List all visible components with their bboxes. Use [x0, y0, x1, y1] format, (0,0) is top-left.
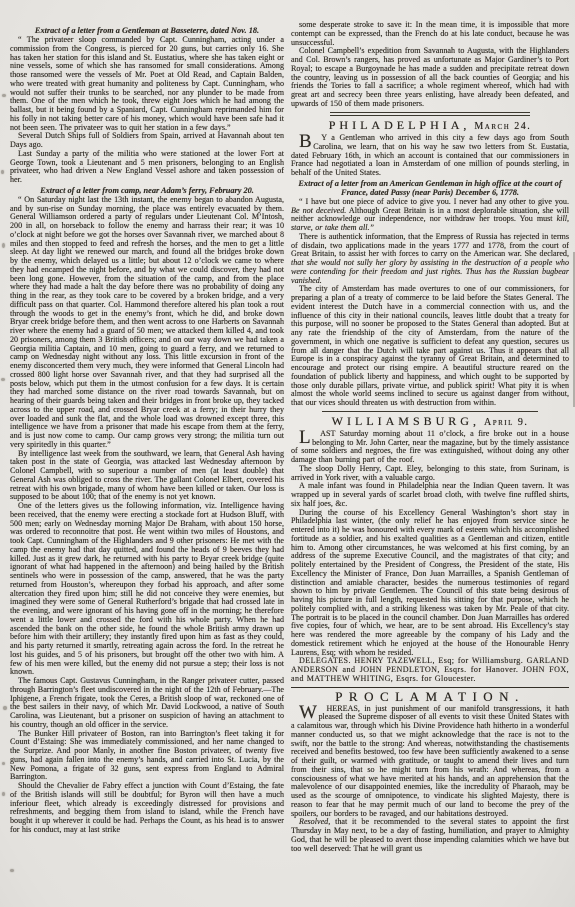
philadelphia-dateline-date: March 24.	[474, 121, 531, 132]
advice-quote: “ I have but one piece of advice to give…	[291, 198, 569, 233]
cunningham-ranger-news: The famous Capt. Gustavus Cunningham, in…	[10, 677, 284, 730]
campbell-expedition-news: Colonel Campbell’s expedition from Savan…	[291, 47, 569, 108]
proclamation-resolved-text: that it be recommended to the several st…	[291, 817, 569, 852]
stockade-fort-letter: One of the letters gives us the followin…	[10, 502, 284, 677]
southward-intelligence: By intelligence last week from the south…	[10, 450, 284, 503]
column-continuation: some desperate stroke to save it: In the…	[291, 21, 569, 47]
williamsburg-dateline-city: WILLIAMSBURG,	[332, 414, 480, 428]
bunker-hill-news: The Bunker Hill privateer of Boston, ran…	[10, 730, 284, 783]
section-rule-thick	[291, 687, 569, 688]
passy-letter-heading: Extract of a letter from an American Gen…	[291, 179, 569, 197]
philadelphia-section-heading: PHILADELPHIA, March 24.	[291, 118, 569, 133]
williamsburg-section-heading: WILLIAMSBURG, April 9.	[291, 414, 569, 429]
ink-speck	[1, 378, 5, 381]
ink-speck	[2, 762, 5, 765]
section-rule-single	[322, 411, 539, 412]
georgetown-news: Last Sunday a party of the militia who w…	[10, 150, 284, 185]
camp-letter-body: “ On Saturday night last the 13th instan…	[10, 196, 284, 450]
williamsburg-fire-news: LAST Saturday morning about 11 o’clock, …	[291, 430, 569, 465]
williamsburg-fire-text: AST Saturday morning about 11 o’clock, a…	[291, 429, 569, 464]
drop-cap-b: B	[291, 134, 313, 150]
ink-speck	[10, 869, 14, 872]
basseterre-letter-body: “ The privateer sloop commanded by Capt.…	[10, 36, 284, 132]
philadelphia-dateline-city: PHILADELPHIA,	[329, 118, 471, 132]
ink-speck	[2, 94, 6, 97]
proclamation-heading: PROCLAMATION.	[291, 690, 569, 704]
advice-quote-part1: “ I have but one piece of advice to give…	[299, 197, 569, 206]
philadelphia-lead: BY a Gentleman who arrived in this city …	[291, 134, 569, 178]
basseterre-letter-heading: Extract of a letter from a Gentleman at …	[10, 26, 284, 35]
left-column: Extract of a letter from a Gentleman at …	[10, 25, 284, 835]
proclamation-resolved: Resolved, that it be recommended to the …	[291, 818, 569, 853]
williamsburg-dateline-date: April 9.	[484, 417, 528, 428]
delegates-list: DELEGATES. HENRY TAZEWELL, Esq; for Will…	[291, 657, 569, 683]
section-rule-double	[330, 112, 530, 117]
male-infant-news: A male infant was found in Philadelphia …	[291, 482, 569, 508]
proclamation-whereas-text: HEREAS, in just punishment of our manifo…	[291, 704, 569, 818]
havannah-news: Several Dutch Ships full of Soldiers fro…	[10, 132, 284, 150]
ink-speck	[2, 792, 5, 796]
washington-visit-news: During the course of his Excellency Gene…	[291, 509, 569, 658]
dolly-henry-news: The sloop Dolly Henry, Capt. Eley, belon…	[291, 465, 569, 483]
drop-cap-w: W	[291, 705, 318, 721]
ink-speck	[3, 706, 7, 710]
newspaper-page: Extract of a letter from a Gentleman at …	[0, 0, 575, 907]
philadelphia-lead-text: Y a Gentleman who arrived in this city a…	[291, 133, 569, 177]
russia-news-roman: There is authentick information, that th…	[291, 232, 569, 259]
proclamation-whereas: WHEREAS, in just punishment of our manif…	[291, 705, 569, 819]
ink-speck	[2, 243, 5, 248]
page-edge-line	[573, 252, 574, 407]
drop-cap-l: L	[291, 430, 312, 446]
proclamation-resolved-lead: Resolved,	[299, 817, 330, 826]
russia-news: There is authentick information, that th…	[291, 233, 569, 286]
right-column: some desperate stroke to save it: In the…	[291, 21, 569, 853]
camp-letter-heading: Extract of a letter from camp, near Adam…	[10, 186, 284, 195]
advice-quote-italic1: Be not deceived.	[291, 206, 346, 215]
amsterdam-news: The city of Amsterdam has made overtures…	[291, 285, 569, 408]
russia-news-italic: that she would not sully her glory by as…	[291, 258, 569, 285]
fabry-junction-news: Should the Chevalier de Fabry effect a j…	[10, 782, 284, 835]
ink-speck	[1, 170, 4, 174]
